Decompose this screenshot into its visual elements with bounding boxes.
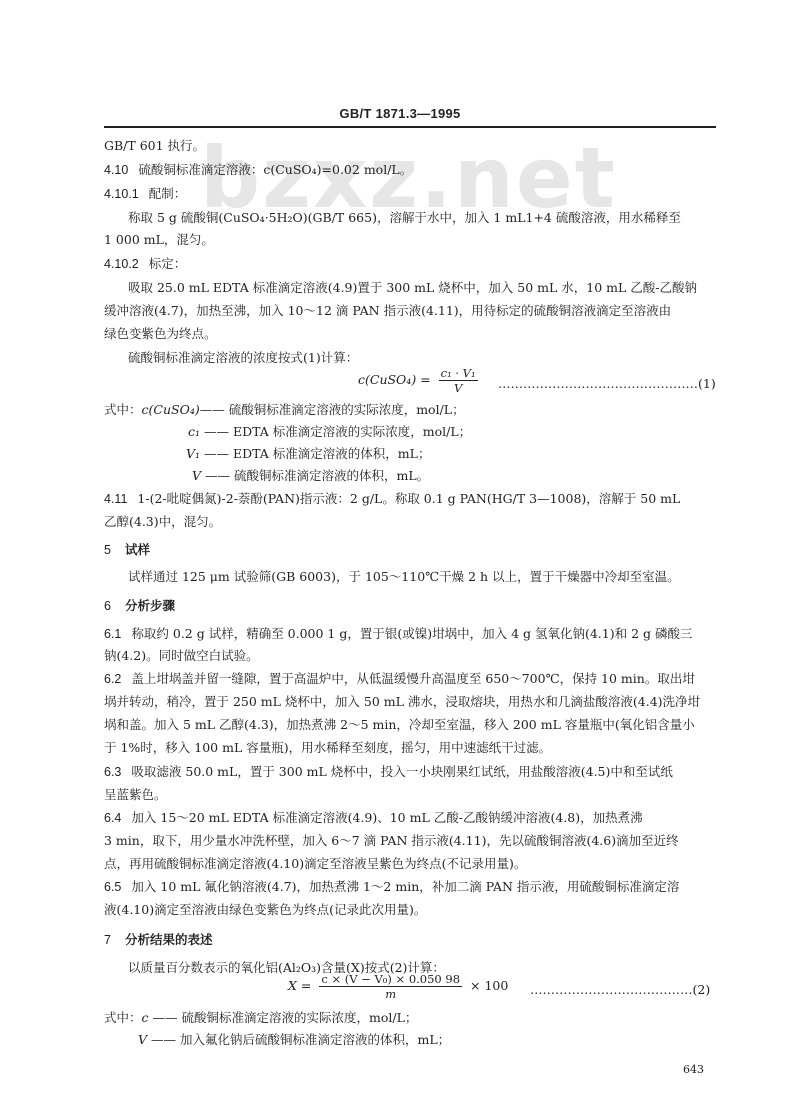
clause-number: 6.5 [104, 880, 121, 894]
text-line: 于 1%时，移入 100 mL 容量瓶)，用水稀释至刻度，摇匀，用中速滤纸干过滤… [104, 740, 551, 756]
clause-number: 4.11 [104, 492, 127, 506]
where-line: V —— 加入氟化钠后硫酸铜标准滴定溶液的体积，mL； [138, 1032, 450, 1048]
text-line: 液(4.10)滴定至溶液由绿色变紫色为终点(记录此次用量)。 [104, 902, 426, 918]
definition: —— 硫酸铜标准滴定溶液的实际浓度，mol/L； [200, 402, 465, 417]
clause-6-5: 6.5加入 10 mL 氟化钠溶液(4.7)，加热煮沸 1～2 min，补加二滴… [104, 879, 679, 895]
where-line: 式中：c(CuSO₄)—— 硫酸铜标准滴定溶液的实际浓度，mol/L； [104, 402, 465, 418]
text-line: 乙醇(4.3)中，混匀。 [104, 514, 221, 530]
text-line: 呈蓝紫色。 [104, 787, 167, 803]
section-6-heading: 6分析步骤 [104, 598, 175, 614]
formula-1: c(CuSO₄) = c₁ · V₁V [358, 366, 482, 395]
document-page: GB/T 1871.3—1995 bzxz.net GB/T 601 执行。 4… [0, 0, 800, 1110]
page-header-standard-number: GB/T 1871.3—1995 [0, 106, 800, 121]
definition: —— 硫酸铜标准滴定溶液的体积，mL。 [205, 468, 429, 483]
formula-2: X = c × (V − V₀) × 0.050 98m × 100 [288, 972, 508, 1001]
clause-4-10-2: 4.10.2标定： [104, 256, 186, 272]
fraction: c₁ · V₁V [439, 366, 478, 395]
clause-number: 6.4 [104, 811, 121, 825]
clause-text: 吸取滤液 50.0 mL，置于 300 mL 烧杯中，投入一小块刚果红试纸，用盐… [131, 764, 673, 779]
where-line: c₁ —— EDTA 标准滴定溶液的实际浓度，mol/L； [188, 424, 471, 440]
clause-number: 6.1 [104, 627, 121, 641]
clause-text: 硫酸铜标准滴定溶液：c(CuSO₄)=0.02 mol/L。 [138, 162, 412, 177]
numerator: c × (V − V₀) × 0.050 98 [319, 972, 462, 987]
formula-multiplier: × 100 [470, 978, 508, 993]
section-number: 7 [104, 933, 111, 947]
formula-lhs: X = [288, 978, 311, 993]
symbol: V [138, 1032, 147, 1047]
clause-6-4: 6.4加入 15～20 mL EDTA 标准滴定溶液(4.9)、10 mL 乙酸… [104, 810, 643, 826]
text-line: 吸取 25.0 mL EDTA 标准滴定溶液(4.9)置于 300 mL 烧杯中… [128, 280, 697, 296]
fraction: c × (V − V₀) × 0.050 98m [319, 972, 462, 1001]
denominator: m [319, 987, 462, 1001]
clause-4-10-1: 4.10.1配制： [104, 186, 186, 202]
header-rule [104, 126, 716, 128]
symbol: V [192, 468, 201, 483]
clause-6-1: 6.1称取约 0.2 g 试样，精确至 0.000 1 g，置于银(或镍)坩埚中… [104, 626, 693, 642]
text-line: 试样通过 125 μm 试验筛(GB 6003)，于 105～110℃干燥 2 … [128, 569, 680, 585]
where-line: V —— 硫酸铜标准滴定溶液的体积，mL。 [192, 468, 429, 484]
clause-number: 6.2 [104, 672, 121, 686]
text-line: 埚并转动，稍冷，置于 250 mL 烧杯中，加入 50 mL 沸水，浸取熔块，用… [104, 694, 700, 710]
clause-number: 4.10.1 [104, 187, 139, 201]
clause-4-11: 4.111-(2-吡啶偶氮)-2-萘酚(PAN)指示液：2 g/L。称取 0.1… [104, 491, 680, 507]
section-number: 5 [104, 543, 111, 557]
watermark: bzxz.net [200, 136, 617, 220]
clause-text: 配制： [149, 186, 187, 201]
clause-number: 6.3 [104, 765, 121, 779]
text-line: 1 000 mL，混匀。 [104, 232, 214, 248]
section-title: 分析结果的表述 [125, 932, 213, 947]
symbol: c₁ [188, 424, 200, 439]
denominator: V [439, 381, 478, 395]
clause-6-3: 6.3吸取滤液 50.0 mL，置于 300 mL 烧杯中，投入一小块刚果红试纸… [104, 764, 673, 780]
clause-text: 1-(2-吡啶偶氮)-2-萘酚(PAN)指示液：2 g/L。称取 0.1 g P… [137, 491, 680, 506]
section-title: 试样 [125, 542, 150, 557]
page-number: 643 [683, 1063, 704, 1076]
where-label: 式中： [104, 402, 142, 417]
definition: —— EDTA 标准滴定溶液的体积，mL； [204, 446, 430, 461]
clause-6-2: 6.2盖上坩埚盖并留一缝隙，置于高温炉中，从低温缓慢升高温度至 650～700℃… [104, 671, 695, 687]
where-line: 式中：c —— 硫酸铜标准滴定溶液的实际浓度，mol/L； [104, 1010, 417, 1026]
formula-2-number: …………………………………(2) [530, 982, 710, 997]
clause-text: 称取约 0.2 g 试样，精确至 0.000 1 g，置于银(或镍)坩埚中，加入… [131, 626, 692, 641]
formula-1-number: …………………………………………(1) [498, 376, 716, 391]
text-line: 点，再用硫酸铜标准滴定溶液(4.10)滴定至溶液呈紫色为终点(不记录用量)。 [104, 856, 526, 872]
definition: —— 加入氟化钠后硫酸铜标准滴定溶液的体积，mL； [151, 1032, 450, 1047]
text-line: 埚和盖。加入 5 mL 乙醇(4.3)，加热煮沸 2～5 min，冷却至室温，移… [104, 717, 695, 733]
definition: —— 硫酸铜标准滴定溶液的实际浓度，mol/L； [153, 1010, 418, 1025]
section-number: 6 [104, 599, 111, 613]
formula-lhs: c(CuSO₄) = [358, 372, 431, 387]
clause-text: 盖上坩埚盖并留一缝隙，置于高温炉中，从低温缓慢升高温度至 650～700℃，保持… [131, 671, 694, 686]
symbol: c(CuSO₄) [142, 402, 200, 417]
text-line: 钠(4.2)。同时做空白试验。 [104, 648, 259, 664]
where-label: 式中： [104, 1010, 142, 1025]
clause-text: 标定： [149, 256, 187, 271]
clause-4-10: 4.10硫酸铜标准滴定溶液：c(CuSO₄)=0.02 mol/L。 [104, 162, 412, 178]
symbol: c [142, 1010, 149, 1025]
text-line: 缓冲溶液(4.7)，加热至沸，加入 10～12 滴 PAN 指示液(4.11)，… [104, 303, 671, 319]
text-line: 称取 5 g 硫酸铜(CuSO₄·5H₂O)(GB/T 665)，溶解于水中，加… [128, 210, 681, 226]
text-line: 绿色变紫色为终点。 [104, 326, 217, 342]
definition: —— EDTA 标准滴定溶液的实际浓度，mol/L； [204, 424, 471, 439]
numerator: c₁ · V₁ [439, 366, 478, 381]
clause-number: 4.10 [104, 163, 128, 177]
clause-number: 4.10.2 [104, 257, 139, 271]
symbol: V₁ [186, 446, 200, 461]
clause-text: 加入 15～20 mL EDTA 标准滴定溶液(4.9)、10 mL 乙酸-乙酸… [131, 810, 642, 825]
section-title: 分析步骤 [125, 598, 175, 613]
clause-text: 加入 10 mL 氟化钠溶液(4.7)，加热煮沸 1～2 min，补加二滴 PA… [131, 879, 679, 894]
section-7-heading: 7分析结果的表述 [104, 932, 212, 948]
text-line: 3 min，取下，用少量水冲洗杯壁，加入 6～7 滴 PAN 指示液(4.11)… [104, 833, 679, 849]
section-5-heading: 5试样 [104, 542, 150, 558]
where-line: V₁ —— EDTA 标准滴定溶液的体积，mL； [186, 446, 430, 462]
text-line: 硫酸铜标准滴定溶液的浓度按式(1)计算： [128, 350, 358, 366]
text-line: GB/T 601 执行。 [104, 138, 205, 154]
